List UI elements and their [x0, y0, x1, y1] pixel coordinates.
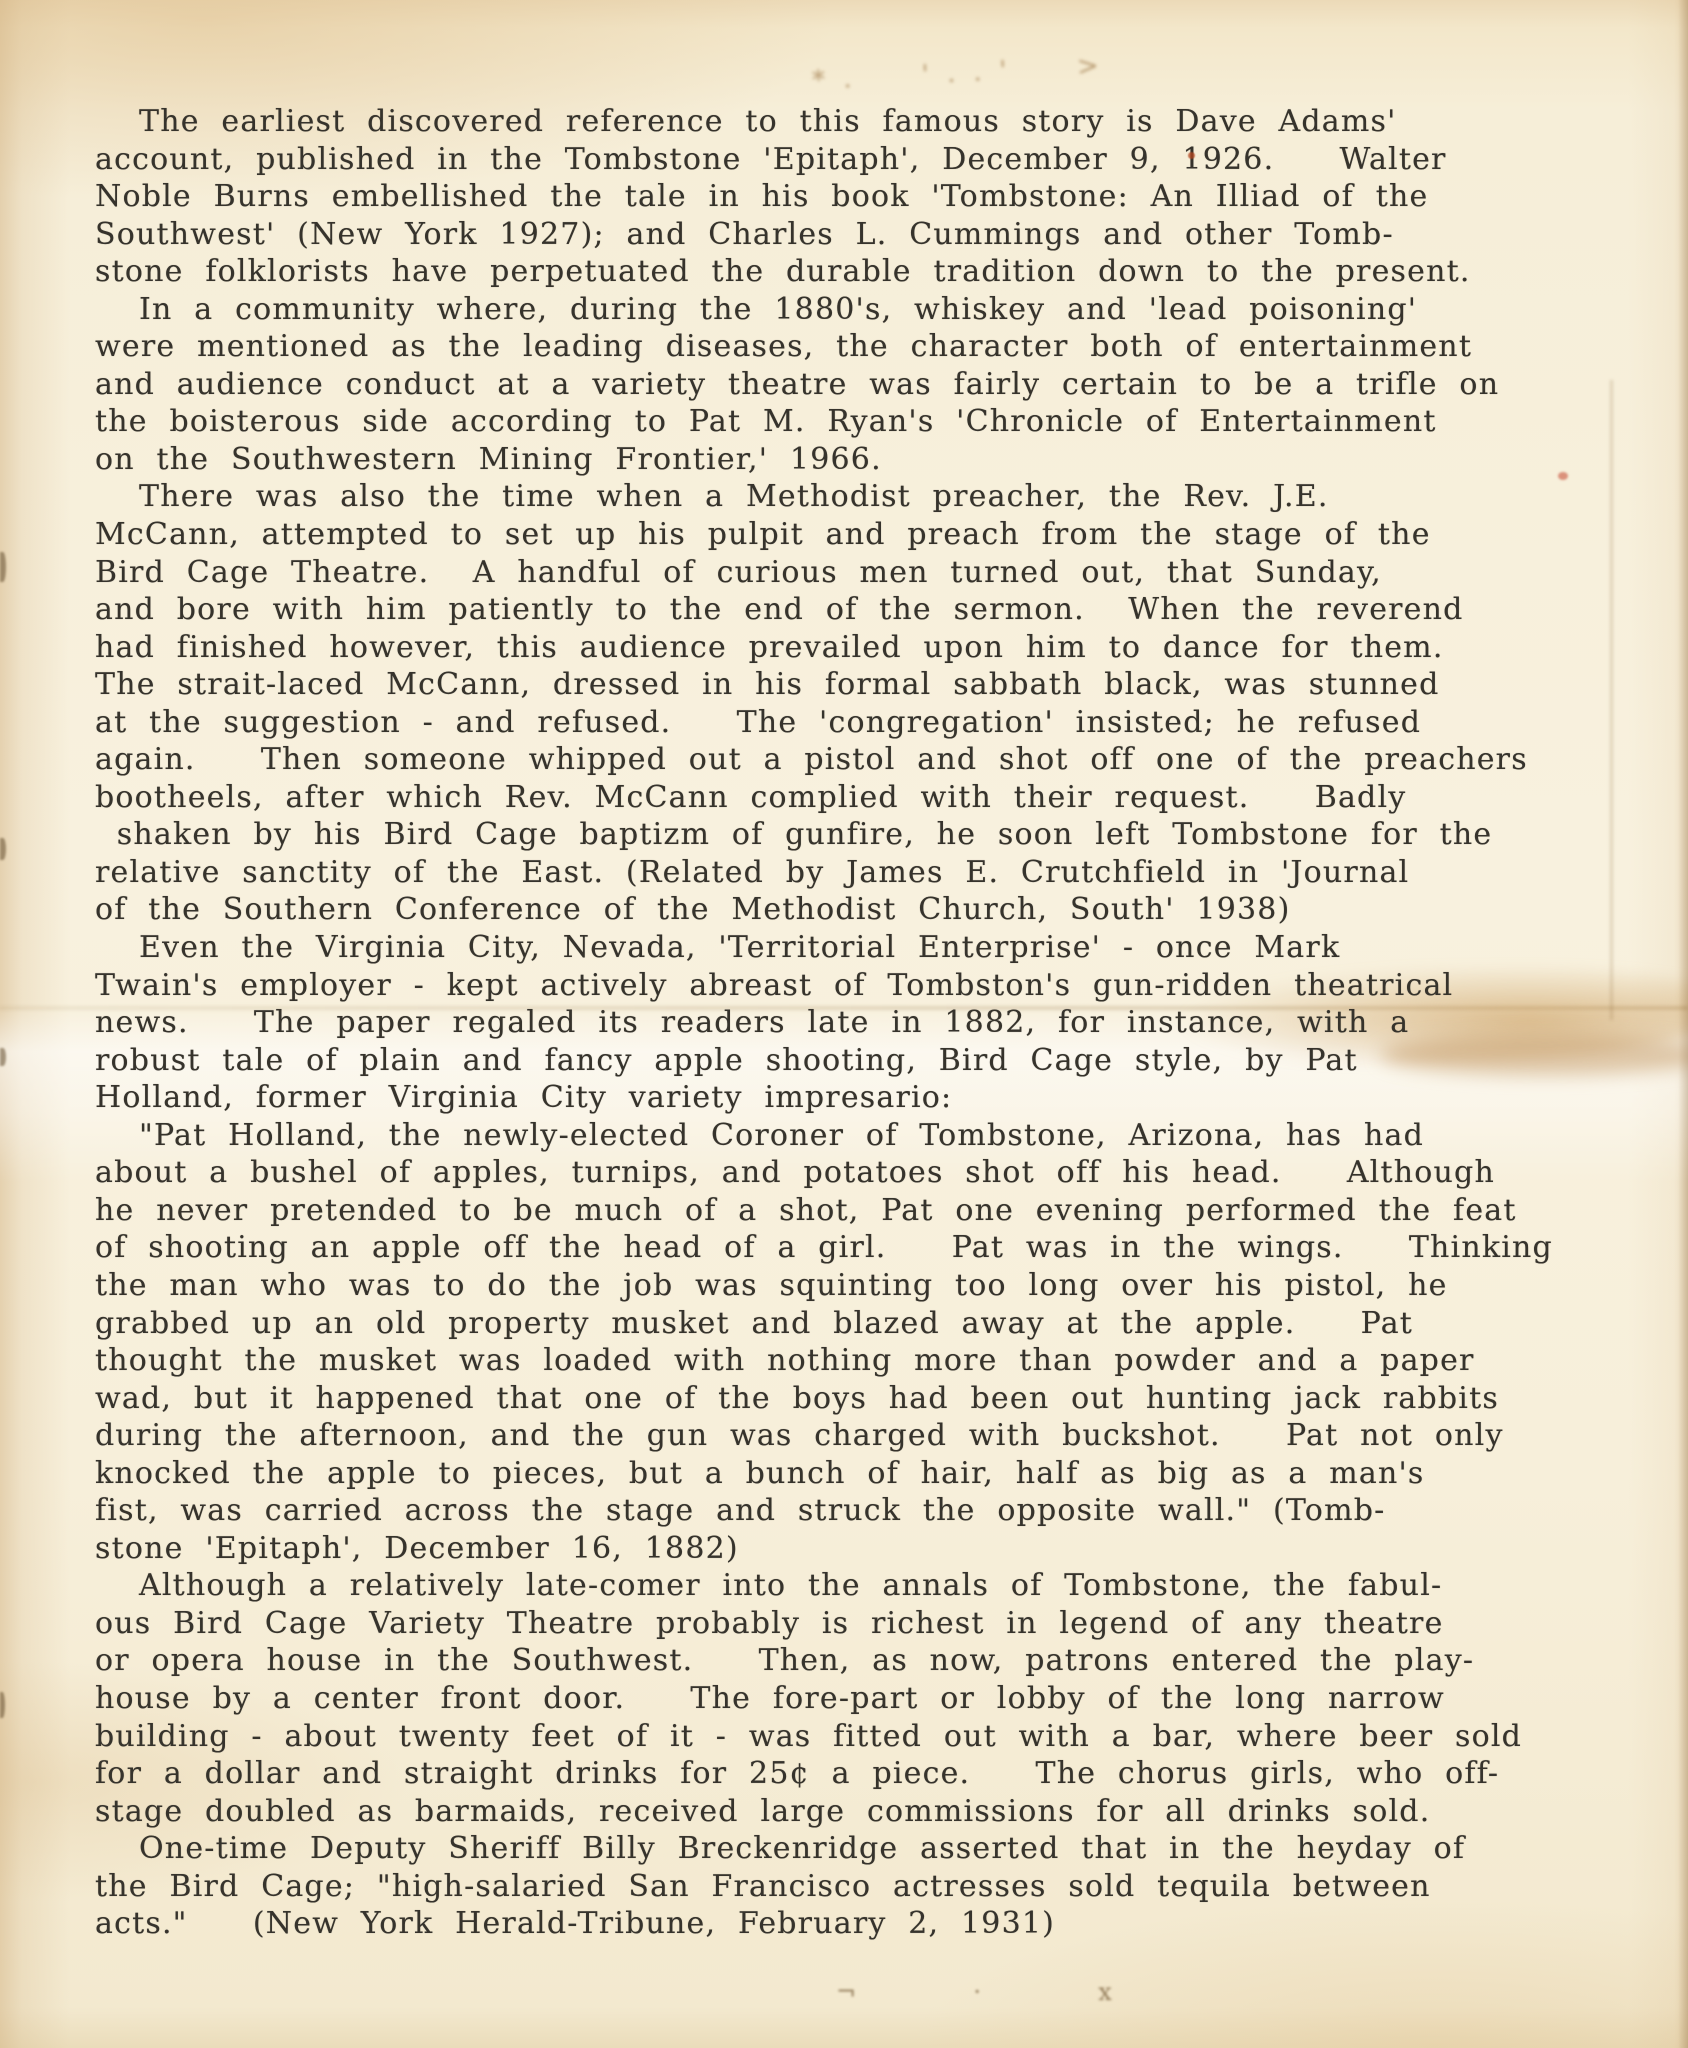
text-line: the boisterous side according to Pat M. … — [95, 403, 1515, 441]
text-line: shaken by his Bird Cage baptizm of gunfi… — [95, 816, 1515, 854]
text-line: relative sanctity of the East. (Related … — [95, 854, 1515, 892]
paper-edge-tear — [0, 552, 6, 582]
text-line: stone 'Epitaph', December 16, 1882) — [95, 1530, 1515, 1568]
text-line: for a dollar and straight drinks for 25¢… — [95, 1755, 1515, 1793]
text-line: during the afternoon, and the gun was ch… — [95, 1417, 1515, 1455]
paragraph: Even the Virginia City, Nevada, 'Territo… — [95, 929, 1515, 1117]
ink-speck — [1558, 472, 1568, 480]
text-line: grabbed up an old property musket and bl… — [95, 1305, 1515, 1343]
text-line: were mentioned as the leading diseases, … — [95, 328, 1515, 366]
text-line: he never pretended to be much of a shot,… — [95, 1192, 1515, 1230]
ink-smudge-top: *. '..' > — [811, 50, 1117, 96]
document-page: *. '..' > The earliest discovered refere… — [0, 0, 1688, 2048]
text-line: building - about twenty feet of it - was… — [95, 1718, 1515, 1756]
text-line: The strait-laced McCann, dressed in his … — [95, 666, 1515, 704]
text-line: Even the Virginia City, Nevada, 'Territo… — [95, 929, 1515, 967]
text-line: on the Southwestern Mining Frontier,' 19… — [95, 441, 1515, 479]
scan-edge — [1678, 0, 1688, 2048]
paragraph: One-time Deputy Sheriff Billy Breckenrid… — [95, 1830, 1515, 1943]
text-line: Southwest' (New York 1927); and Charles … — [95, 216, 1515, 254]
text-line: house by a center front door. The fore-p… — [95, 1680, 1515, 1718]
paper-edge-tear — [0, 1692, 5, 1718]
text-line: and audience conduct at a variety theatr… — [95, 366, 1515, 404]
text-line: Noble Burns embellished the tale in his … — [95, 178, 1515, 216]
paragraph: The earliest discovered reference to thi… — [95, 103, 1515, 291]
text-line: In a community where, during the 1880's,… — [95, 291, 1515, 329]
text-line: again. Then someone whipped out a pistol… — [95, 741, 1515, 779]
ink-smudge-bottom: ¬ · x — [836, 1978, 1146, 2006]
paragraph: Although a relatively late-comer into th… — [95, 1567, 1515, 1830]
text-line: The earliest discovered reference to thi… — [95, 103, 1515, 141]
text-line: ous Bird Cage Variety Theatre probably i… — [95, 1605, 1515, 1643]
paragraph: "Pat Holland, the newly-elected Coroner … — [95, 1117, 1515, 1568]
paragraph: There was also the time when a Methodist… — [95, 478, 1515, 929]
text-line: or opera house in the Southwest. Then, a… — [95, 1642, 1515, 1680]
document-text: The earliest discovered reference to thi… — [95, 103, 1515, 1943]
text-line: McCann, attempted to set up his pulpit a… — [95, 516, 1515, 554]
text-line: account, published in the Tombstone 'Epi… — [95, 141, 1515, 179]
text-line: at the suggestion - and refused. The 'co… — [95, 704, 1515, 742]
text-line: of the Southern Conference of the Method… — [95, 891, 1515, 929]
text-line: knocked the apple to pieces, but a bunch… — [95, 1455, 1515, 1493]
text-line: One-time Deputy Sheriff Billy Breckenrid… — [95, 1830, 1515, 1868]
text-line: of shooting an apple off the head of a g… — [95, 1229, 1515, 1267]
text-line: stone folklorists have perpetuated the d… — [95, 253, 1515, 291]
text-line: thought the musket was loaded with nothi… — [95, 1342, 1515, 1380]
text-line: "Pat Holland, the newly-elected Coroner … — [95, 1117, 1515, 1155]
text-line: robust tale of plain and fancy apple sho… — [95, 1042, 1515, 1080]
text-line: Holland, former Virginia City variety im… — [95, 1079, 1515, 1117]
text-line: stage doubled as barmaids, received larg… — [95, 1793, 1515, 1831]
text-line: the Bird Cage; "high-salaried San Franci… — [95, 1868, 1515, 1906]
paper-edge-tear — [0, 838, 6, 860]
paper-vertical-crease — [1610, 380, 1613, 1020]
text-line: Although a relatively late-comer into th… — [95, 1567, 1515, 1605]
paragraph: In a community where, during the 1880's,… — [95, 291, 1515, 479]
text-line: acts." (New York Herald-Tribune, Februar… — [95, 1905, 1515, 1943]
text-line: the man who was to do the job was squint… — [95, 1267, 1515, 1305]
text-line: about a bushel of apples, turnips, and p… — [95, 1154, 1515, 1192]
paper-edge-tear — [0, 1048, 6, 1066]
text-line: had finished however, this audience prev… — [95, 629, 1515, 667]
text-line: Bird Cage Theatre. A handful of curious … — [95, 554, 1515, 592]
text-line: news. The paper regaled its readers late… — [95, 1004, 1515, 1042]
text-line: wad, but it happened that one of the boy… — [95, 1380, 1515, 1418]
text-line: and bore with him patiently to the end o… — [95, 591, 1515, 629]
text-line: There was also the time when a Methodist… — [95, 478, 1515, 516]
text-line: Twain's employer - kept actively abreast… — [95, 967, 1515, 1005]
text-line: fist, was carried across the stage and s… — [95, 1492, 1515, 1530]
text-line: bootheels, after which Rev. McCann compl… — [95, 779, 1515, 817]
